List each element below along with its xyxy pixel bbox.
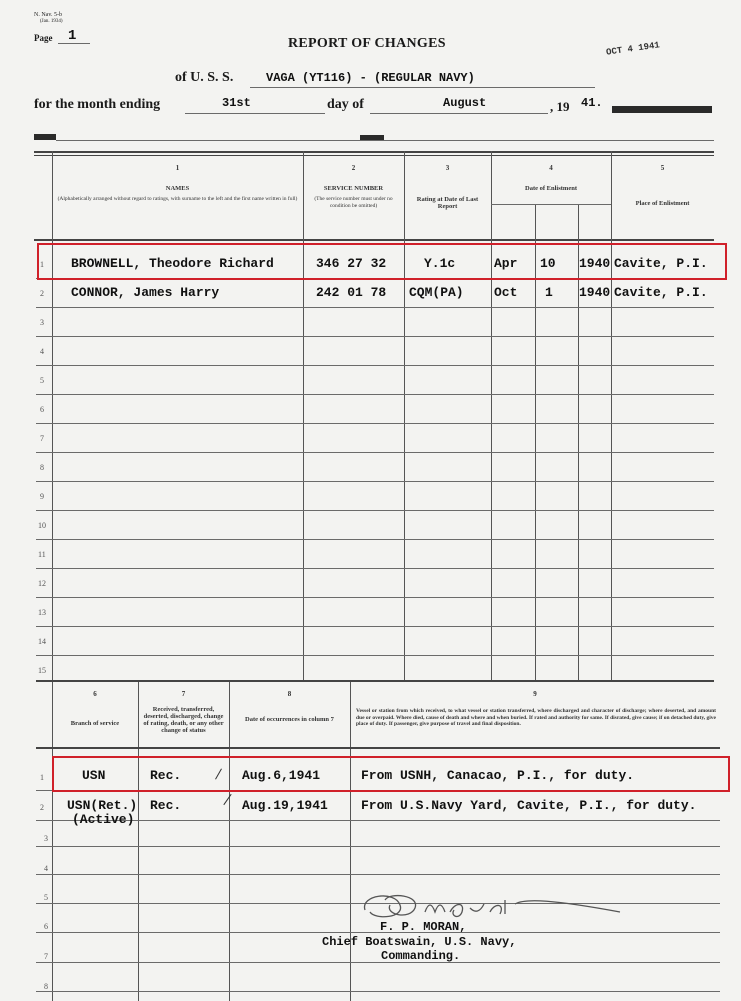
row-number: 8 (40, 463, 44, 472)
received-stamp: OCT 4 1941 (606, 40, 661, 57)
day-of-label: day of (327, 97, 364, 113)
year-value: 41. (581, 96, 603, 110)
highlight-box-upper (37, 243, 727, 280)
enlist-month-cell: Oct (494, 285, 517, 300)
col-date-title: Date of occurrences in column 7 (240, 716, 339, 723)
col-2-number: 2 (303, 164, 404, 172)
signer-title: Chief Boatswain, U.S. Navy, (322, 935, 516, 949)
row-number: 9 (40, 492, 44, 501)
enlist-place-cell: Cavite, P.I. (614, 285, 708, 300)
enlist-day-cell: 1 (545, 285, 553, 300)
month-value: August (443, 96, 486, 110)
col-service-number-title: SERVICE NUMBER (303, 185, 404, 192)
row-number: 12 (38, 579, 46, 588)
name-cell: CONNOR, James Harry (71, 285, 219, 300)
row-number: 14 (38, 637, 46, 646)
date-cell: Aug.19,1941 (242, 798, 328, 813)
branch-cell-line2: (Active) (72, 812, 134, 827)
col-service-number-note: (The service number must under no condit… (308, 196, 399, 210)
signer-role: Commanding. (381, 949, 460, 963)
row-number: 3 (44, 834, 48, 843)
form-code: N. Nav. 5-b (34, 12, 62, 18)
row-number: 2 (40, 803, 44, 812)
of-uss-label: of U. S. S. (175, 70, 233, 86)
col-5-number: 5 (611, 164, 714, 172)
col-8-number: 8 (229, 690, 350, 698)
row-number: 15 (38, 666, 46, 675)
check-mark-icon (223, 794, 231, 805)
status-cell: Rec. (150, 798, 181, 813)
service-number-cell: 242 01 78 (316, 285, 386, 300)
col-enlistment-date-title: Date of Enlistment (491, 185, 611, 192)
remarks-cell: From U.S.Navy Yard, Cavite, P.I., for du… (361, 798, 696, 813)
month-ending-label: for the month ending (34, 97, 160, 113)
row-number: 1 (40, 773, 44, 782)
col-rating-title: Rating at Date of Last Report (412, 196, 483, 210)
row-number: 4 (44, 864, 48, 873)
col-names-title: NAMES (52, 185, 303, 192)
col-status-title: Received, transferred, deserted, dischar… (142, 706, 225, 734)
row-number: 10 (38, 521, 46, 530)
highlight-box-lower (52, 756, 730, 792)
row-number: 5 (44, 893, 48, 902)
col-4-number: 4 (491, 164, 611, 172)
row-number: 6 (44, 922, 48, 931)
vessel-name: VAGA (YT116) - (REGULAR NAVY) (266, 71, 475, 85)
col-3-number: 3 (404, 164, 491, 172)
col-1-number: 1 (52, 164, 303, 172)
col-6-number: 6 (52, 690, 138, 698)
col-enlistment-place-title: Place of Enlistment (611, 200, 714, 207)
row-number: 2 (40, 289, 44, 298)
col-7-number: 7 (138, 690, 229, 698)
enlist-year-cell: 1940 (579, 285, 610, 300)
struck-out-text (612, 106, 712, 113)
day-value: 31st (222, 96, 251, 110)
row-number: 8 (44, 982, 48, 991)
year-prefix: , 19 (550, 99, 570, 115)
rating-cell: CQM(PA) (409, 285, 464, 300)
report-title: REPORT OF CHANGES (288, 36, 446, 52)
form-date: (Jan. 1934) (40, 19, 63, 25)
col-branch-title: Branch of service (54, 720, 136, 727)
col-remarks-title: Vessel or station from which received, t… (356, 708, 716, 728)
branch-cell: USN(Ret.) (67, 798, 137, 813)
row-number: 7 (44, 952, 48, 961)
row-number: 13 (38, 608, 46, 617)
page-number: 1 (68, 28, 76, 44)
row-number: 3 (40, 318, 44, 327)
signer-name: F. P. MORAN, (380, 920, 466, 934)
row-number: 4 (40, 347, 44, 356)
row-number: 11 (38, 550, 46, 559)
page-label: Page (34, 33, 53, 43)
row-number: 6 (40, 405, 44, 414)
row-number: 5 (40, 376, 44, 385)
col-9-number: 9 (350, 690, 720, 698)
col-names-note: (Alphabetically arranged without regard … (56, 196, 299, 203)
row-number: 7 (40, 434, 44, 443)
struck-out-text-left (34, 134, 56, 140)
